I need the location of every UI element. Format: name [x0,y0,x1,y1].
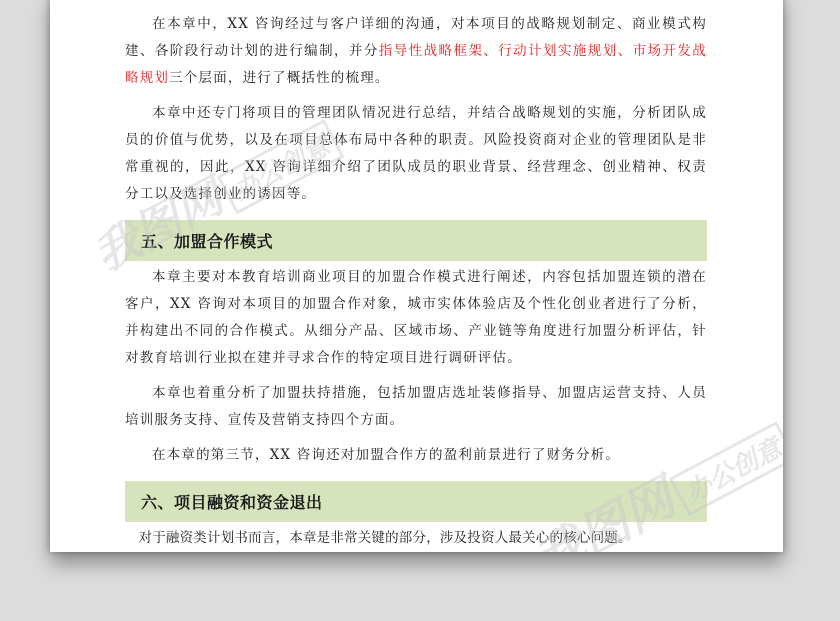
section-heading-band: 六、项目融资和资金退出 [125,481,707,522]
paragraph-team: 本章中还专门将项目的管理团队情况进行总结，并结合战略规划的实施，分析团队成员的价… [125,100,707,208]
document-body: 在本章中，XX 咨询经过与客户详细的沟通，对本项目的战略规划制定、商业模式构建、… [125,0,707,552]
section-heading-band: 五、加盟合作模式 [125,220,707,261]
section-title: 六、项目融资和资金退出 [125,490,323,513]
paragraph-franchise-intro: 本章主要对本教育培训商业项目的加盟合作模式进行阐述，内容包括加盟连锁的潜在客户，… [125,264,707,372]
paragraph-franchise-support: 本章也着重分析了加盟扶持措施，包括加盟店选址装修指导、加盟店运营支持、人员培训服… [125,380,707,434]
paragraph-text: 三个层面，进行了概括性的梳理。 [169,70,390,86]
paragraph-financing: 对于融资类计划书而言，本章是非常关键的部分，涉及投资人最关心的核心问题。 [125,525,707,552]
paragraph-franchise-finance: 在本章的第三节，XX 咨询还对加盟合作方的盈利前景进行了财务分析。 [125,442,707,469]
paragraph-strategy: 在本章中，XX 咨询经过与客户详细的沟通，对本项目的战略规划制定、商业模式构建、… [125,0,707,92]
document-page: 在本章中，XX 咨询经过与客户详细的沟通，对本项目的战略规划制定、商业模式构建、… [50,0,783,552]
section-title: 五、加盟合作模式 [125,229,273,252]
